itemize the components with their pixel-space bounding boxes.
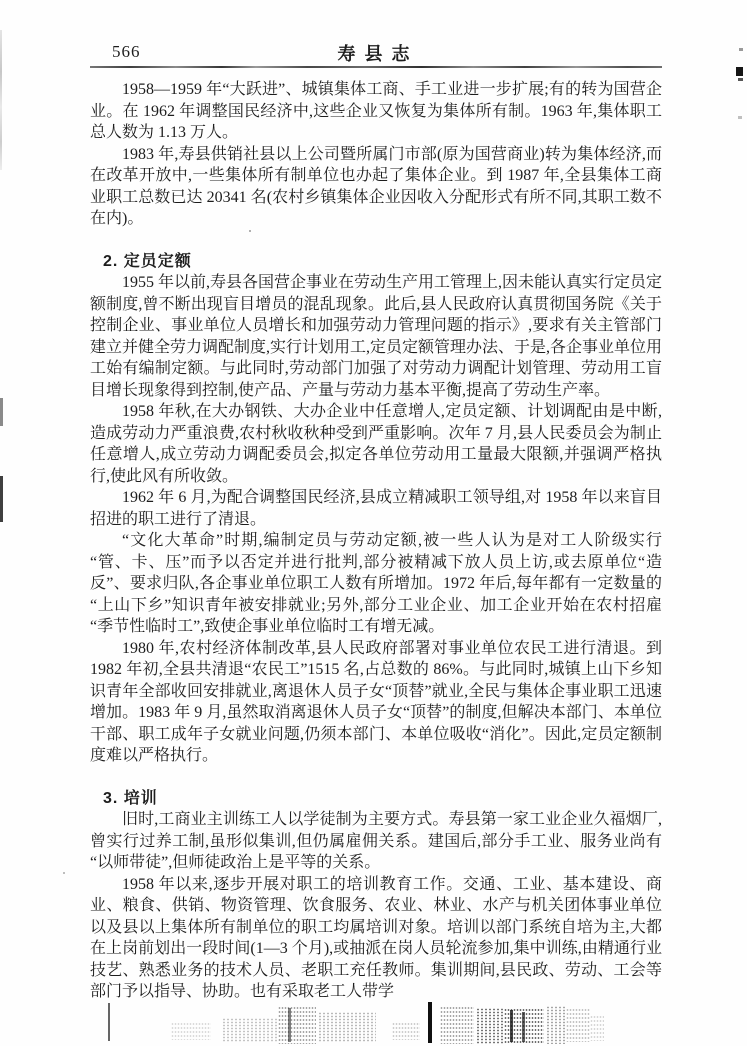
ink-mark bbox=[738, 78, 743, 81]
scan-smudge bbox=[392, 1022, 420, 1040]
paragraph: 1983 年,寿县供销社县以上公司暨所属门市部(原为国营商业)转为集体经济,而在… bbox=[90, 144, 662, 230]
scan-streak bbox=[510, 1010, 513, 1042]
page-body: 1958—1959 年“大跃进”、城镇集体工商、手工业进一步扩展;有的转为国营企… bbox=[90, 79, 662, 1003]
scan-noise-band bbox=[80, 1000, 640, 1046]
scan-edge-line bbox=[0, 398, 3, 426]
paragraph: 旧时,工商业主训练工人以学徒制为主要方式。寿县第一家工业企业久福烟厂,曾实行过养… bbox=[90, 809, 662, 874]
book-title: 寿县志 bbox=[0, 40, 747, 66]
scan-smudge bbox=[318, 1012, 376, 1042]
scan-smudge bbox=[440, 1006, 474, 1044]
section-heading-staffing-quota: 2. 定员定额 bbox=[90, 251, 662, 273]
scan-smudge bbox=[222, 1018, 278, 1042]
paragraph: 1955 年以前,寿县各国营企事业在劳动生产用工管理上,因未能认真实行定员定额制… bbox=[90, 272, 662, 401]
paragraph: 1958—1959 年“大跃进”、城镇集体工商、手工业进一步扩展;有的转为国营企… bbox=[90, 79, 662, 144]
header-rule bbox=[90, 66, 662, 68]
scan-smudge bbox=[590, 1015, 604, 1041]
scan-streak bbox=[428, 1002, 432, 1043]
scan-smudge bbox=[171, 1022, 211, 1040]
scan-dot bbox=[63, 872, 65, 874]
scan-smudge bbox=[278, 1006, 316, 1044]
paragraph: “文化大革命”时期,编制定员与劳动定额,被一些人认为是对工人阶级实行“管、卡、压… bbox=[90, 530, 662, 638]
ink-mark bbox=[738, 116, 742, 119]
ink-mark bbox=[739, 48, 743, 51]
ink-mark bbox=[736, 67, 743, 76]
paragraph: 1980 年,农村经济体制改革,县人民政府部署对事业单位农民工进行清退。到 19… bbox=[90, 638, 662, 767]
scan-edge-line bbox=[0, 30, 2, 170]
paragraph: 1958 年秋,在大办钢铁、大办企业中任意增人,定员定额、计划调配由是中断,造成… bbox=[90, 401, 662, 487]
scanned-page: 566 寿县志 1958—1959 年“大跃进”、城镇集体工商、手工业进一步扩展… bbox=[0, 0, 747, 1046]
scan-dot bbox=[420, 736, 423, 739]
scan-smudge bbox=[566, 1008, 590, 1042]
scan-smudge bbox=[476, 1008, 504, 1044]
scan-streak bbox=[288, 1008, 291, 1042]
scan-streak bbox=[522, 1012, 525, 1042]
scan-edge-line bbox=[0, 476, 3, 522]
section-heading-training: 3. 培训 bbox=[90, 788, 662, 810]
scan-dot bbox=[249, 230, 251, 232]
paragraph: 1958 年以来,逐步开展对职工的培训教育工作。交通、工业、基本建设、商业、粮食… bbox=[90, 874, 662, 1003]
scan-smudge bbox=[546, 1006, 566, 1044]
scan-streak bbox=[108, 1003, 110, 1041]
paragraph: 1962 年 6 月,为配合调整国民经济,县成立精减职工领导组,对 1958 年… bbox=[90, 487, 662, 530]
